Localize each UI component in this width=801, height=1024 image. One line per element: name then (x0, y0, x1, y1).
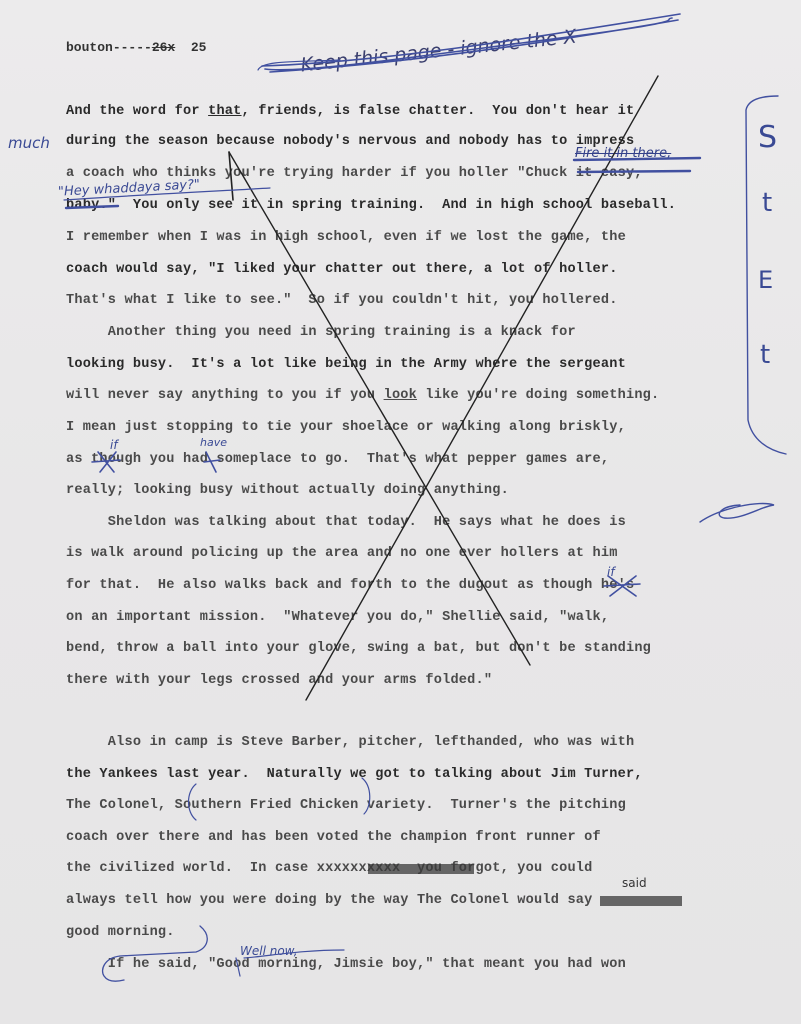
typed-line: Another thing you need in spring trainin… (66, 325, 576, 340)
delete-squiggle-icon (700, 504, 774, 522)
stet-letter: S (758, 120, 777, 155)
typed-line: as though you had someplace to go. That'… (66, 452, 609, 467)
typed-line: for that. He also walks back and forth t… (66, 578, 634, 593)
typed-line: coach would say, "I liked your chatter o… (66, 262, 618, 277)
typed-line: during the season because nobody's nervo… (66, 134, 634, 149)
typed-line: I remember when I was in high school, ev… (66, 230, 626, 245)
typed-line: will never say anything to you if you lo… (66, 388, 659, 403)
typed-line: baby." You only see it in spring trainin… (66, 198, 676, 213)
strike-would-say-icon (600, 896, 682, 906)
stet-letter: t (760, 340, 770, 370)
typed-line: Sheldon was talking about that today. He… (66, 515, 626, 530)
typed-line: on an important mission. "Whatever you d… (66, 610, 609, 625)
typed-line: coach over there and has been voted the … (66, 830, 601, 845)
typed-line: is walk around policing up the area and … (66, 546, 618, 561)
typed-line: That's what I like to see." So if you co… (66, 293, 618, 308)
margin-note-much: much (8, 134, 50, 152)
insert-well-now: Well now, (240, 944, 298, 958)
insert-have: have (200, 436, 227, 449)
underlined-word: look (384, 388, 417, 403)
typed-line: The Colonel, Southern Fried Chicken vari… (66, 798, 626, 813)
typed-line: Also in camp is Steve Barber, pitcher, l… (66, 735, 634, 750)
struck-page-number: 26x (152, 40, 175, 55)
typed-line: always tell how you were doing by the wa… (66, 893, 593, 908)
typed-line: bend, throw a ball into your glove, swin… (66, 641, 651, 656)
typed-line: And the word for that, friends, is false… (66, 104, 634, 119)
stet-letter: t (762, 188, 772, 218)
page-header: bouton-----26x 25 (66, 40, 206, 55)
struck-replacement-fire-it: Fire it in there, (575, 146, 671, 161)
typed-line: good morning. (66, 925, 175, 940)
typed-line: there with your legs crossed and your ar… (66, 673, 492, 688)
typed-line: If he said, "Good morning, Jimsie boy," … (66, 957, 626, 972)
typed-line: looking busy. It's a lot like being in t… (66, 357, 626, 372)
typed-manuscript-page: bouton-----26x 25 Keep this page - ignor… (0, 0, 801, 1024)
insert-said: said (622, 876, 647, 890)
insert-if-2: if (607, 565, 615, 579)
page-number: 25 (191, 40, 207, 55)
header-dashes: ----- (113, 40, 152, 55)
stet-letter: E (758, 266, 773, 294)
author-name: bouton (66, 40, 113, 55)
underlined-word: that (208, 104, 241, 119)
typed-line: the Yankees last year. Naturally we got … (66, 767, 643, 782)
struck-handwritten-note: Keep this page - ignore the X (300, 26, 578, 77)
typed-line: I mean just stopping to tie your shoelac… (66, 420, 626, 435)
insert-if: if (110, 438, 118, 452)
typed-line: really; looking busy without actually do… (66, 483, 509, 498)
typed-line: the civilized world. In case xxxxxxxxxx … (66, 861, 593, 876)
